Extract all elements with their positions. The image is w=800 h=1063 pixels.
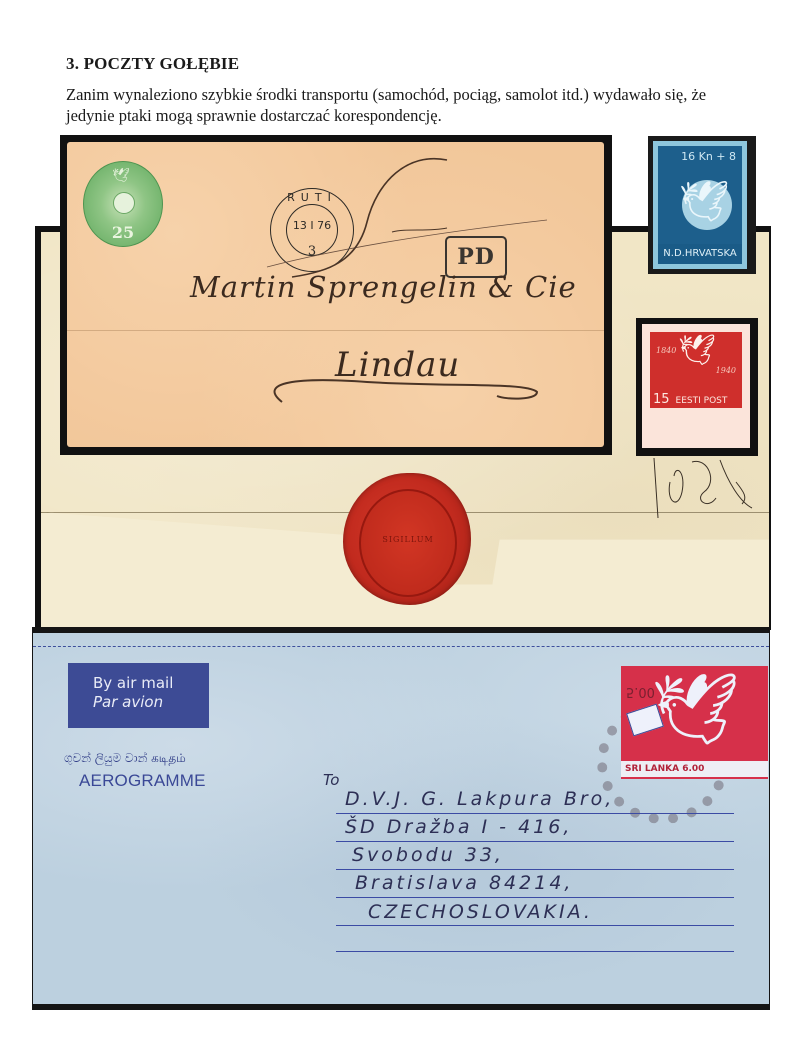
aerogramme-native-title: ගුවන් ලියුම වාන් கடிதம் (64, 751, 186, 767)
stamp-year-right: 1940 (716, 366, 736, 375)
sri-lanka-imprinted-stamp: 5.00 🕊 SRI LANKA 6.00 (621, 666, 768, 779)
stamp-value: 15 (650, 392, 676, 407)
dove-icon: 🕊 (651, 666, 740, 756)
recipient-address-line: D.V.J. G. Lakpura Bro, (345, 788, 614, 810)
wax-seal-text: SIGILLUM (361, 535, 455, 544)
aerogramme-title: AEROGRAMME (79, 771, 206, 791)
aerogramme-fold-line (33, 646, 769, 647)
wax-seal-emblem: SIGILLUM (359, 489, 457, 597)
croatia-stamp-design: 16 Kn + 8 🕊 N.D.HRVATSKA (658, 146, 742, 264)
address-line-2: Lindau (335, 345, 460, 385)
stamp-country: EESTI POST (676, 396, 728, 406)
wax-seal: SIGILLUM (343, 473, 471, 605)
address-line-1: Martin Sprengelin & Cie (190, 270, 577, 304)
estonia-stamp-design: 1840 🕊 1940 (650, 332, 742, 392)
address-rule (336, 841, 734, 842)
stamp-country: N.D.HRVATSKA (658, 244, 742, 264)
stamp-country: SRI LANKA (625, 764, 679, 774)
intro-paragraph: Zanim wynaleziono szybkie środki transpo… (66, 84, 746, 126)
page-heading: 3. POCZTY GOŁĘBIE (66, 54, 239, 74)
recipient-address-line: ŠD Dražba I - 416, (345, 816, 572, 838)
address-rule (336, 869, 734, 870)
recipient-address-line: CZECHOSLOVAKIA. (368, 901, 593, 923)
recipient-address-line: Bratislava 84214, (355, 872, 573, 894)
estonia-stamp: 1840 🕊 1940 15EESTI POST (642, 324, 750, 448)
croatia-stamp: 16 Kn + 8 🕊 N.D.HRVATSKA (653, 141, 747, 269)
address-rule (336, 813, 734, 814)
sealed-letter-handwriting (648, 452, 758, 522)
stamp-new-value: 6.00 (682, 764, 704, 774)
estonia-stamp-bar: 15EESTI POST (650, 392, 742, 408)
address-rule (336, 925, 734, 926)
stamp-year-left: 1840 (656, 346, 676, 355)
airmail-label: By air mail Par avion (68, 663, 209, 728)
airmail-french: Par avion (93, 693, 209, 712)
stamp-value: 16 Kn + 8 (681, 150, 736, 163)
address-rule (336, 897, 734, 898)
dove-icon: 🕊 (674, 172, 734, 232)
address-rule (336, 951, 734, 952)
airmail-english: By air mail (93, 674, 173, 692)
stamp-country-bar: SRI LANKA 6.00 (621, 761, 768, 777)
recipient-address-line: Svobodu 33, (352, 844, 504, 866)
dove-icon: 🕊 (678, 334, 716, 368)
address-to-label: To (323, 771, 340, 789)
